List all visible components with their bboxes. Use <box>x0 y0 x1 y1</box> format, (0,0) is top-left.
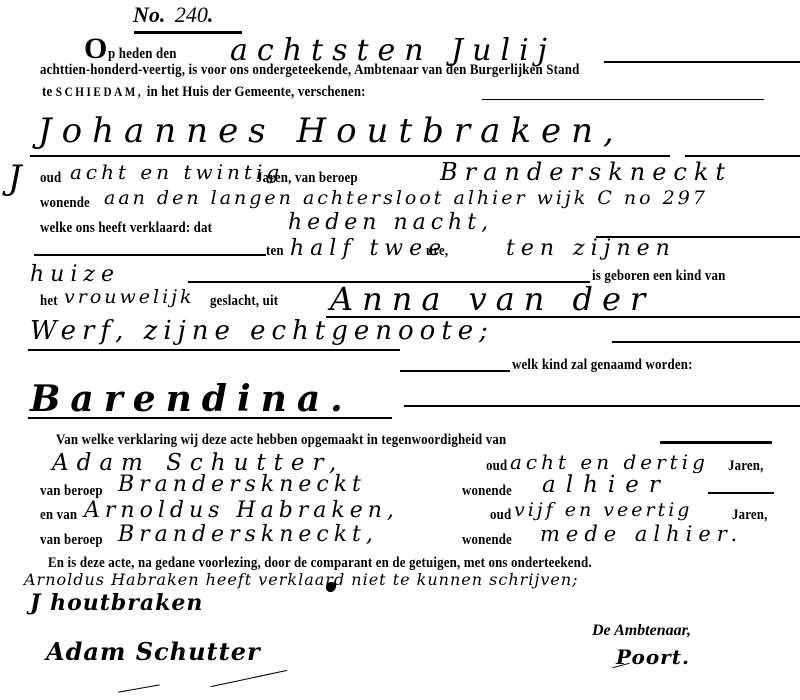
witness-1-oud: oud <box>486 458 507 475</box>
child-sex: vrouwelijk <box>64 286 195 308</box>
witness-2-oud: oud <box>490 507 511 524</box>
printed-het: het <box>40 293 58 310</box>
witness-1-wonende: wonende <box>462 483 512 500</box>
birth-place-2: huize <box>30 262 120 287</box>
declarant-occupation: Branderskneckt <box>440 158 732 186</box>
witness-2-wonende: wonende <box>462 532 512 549</box>
ink-blot <box>326 582 336 592</box>
drop-cap: O <box>84 32 107 65</box>
hand-half: half twee <box>290 236 447 261</box>
printed-oud: oud <box>40 170 61 187</box>
printed-witness-intro: Van welke verklaring wij deze acte hebbe… <box>56 432 506 449</box>
printed-jaren-beroep: Jaren, van beroep <box>256 170 358 187</box>
printed-named: welk kind zal genaamd worden: <box>512 357 693 374</box>
intro-printed-1: p heden den <box>108 46 177 63</box>
mother-name: Anna van der <box>330 280 654 318</box>
signature-stroke-1 <box>118 684 160 692</box>
fill-line-date <box>604 61 800 63</box>
witness-2-en-van: en van <box>40 507 77 524</box>
declarant-age: acht en twintig <box>70 160 283 184</box>
fill-line-ten <box>34 254 266 256</box>
printed-geslacht: geslacht, uit <box>210 293 278 310</box>
birth-place: ten zijnen <box>506 236 676 261</box>
printed-declared: welke ons heeft verklaard: dat <box>40 220 212 237</box>
official-label: De Ambtenaar, <box>592 622 691 640</box>
intro-te: te <box>42 84 52 100</box>
fill-line-child-name <box>28 417 392 419</box>
declarant-name: Johannes Houtbraken, <box>38 111 624 151</box>
fill-line-name <box>30 155 670 157</box>
printed-uur: ure, <box>426 243 448 260</box>
witness-2-name: Arnoldus Habraken, <box>84 498 399 523</box>
document-number-label: No. <box>133 2 165 27</box>
city-name: SCHIEDAM, <box>56 84 144 99</box>
signature-stroke-2 <box>211 670 288 687</box>
witness-1-age: acht en dertig <box>510 450 709 474</box>
fill-line-verschenen <box>482 99 764 100</box>
printed-wonende: wonende <box>40 195 90 212</box>
signature-declarant: J houtbraken <box>30 590 203 616</box>
fill-line-witness-intro <box>660 441 772 444</box>
flourish-J: J <box>8 158 22 198</box>
closing-hand-note: Arnoldus Habraken heeft verklaard niet t… <box>24 570 579 589</box>
fill-line-witness-1 <box>708 492 774 494</box>
witness-2-age: vijf en veertig <box>514 499 692 521</box>
declarant-residence: aan den langen achtersloot alhier wijk C… <box>104 187 708 209</box>
witness-1-occupation: Branderskneckt <box>118 472 366 497</box>
witness-2-occupation: Branderskneckt, <box>118 522 378 547</box>
fill-line-named-pre <box>400 370 510 372</box>
declarant-age-row: J <box>8 158 22 198</box>
intro-location: in het Huis der Gemeente, verschenen: <box>147 84 366 100</box>
witness-2-beroep: van beroep <box>40 532 103 549</box>
fill-line-werf <box>28 349 400 351</box>
fill-line-echtgenoote <box>612 341 800 343</box>
document-number-value: 240 <box>175 2 208 27</box>
intro-line-1: Op heden den <box>84 32 188 66</box>
mother-name-2: Werf, zijne echtgenoote; <box>30 316 494 346</box>
signature-official: Poort. <box>616 645 690 669</box>
intro-line-3: te SCHIEDAM, in het Huis der Gemeente, v… <box>42 84 366 101</box>
birth-time: heden nacht, <box>288 210 493 235</box>
printed-ten: ten <box>266 243 284 260</box>
witness-1-jaren: Jaren, <box>728 458 764 475</box>
fill-line-name-end <box>685 155 800 157</box>
witness-1-residence: alhier <box>542 472 670 498</box>
witness-2-residence: mede alhier. <box>540 522 743 546</box>
intro-printed-2: achttien-honderd-veertig, is voor ons on… <box>40 62 579 79</box>
document-number: No. 240. <box>133 2 213 28</box>
child-name: Barendina. <box>30 378 353 420</box>
fill-line-child-name-end <box>404 405 800 407</box>
signature-witness: Adam Schutter <box>46 637 261 666</box>
